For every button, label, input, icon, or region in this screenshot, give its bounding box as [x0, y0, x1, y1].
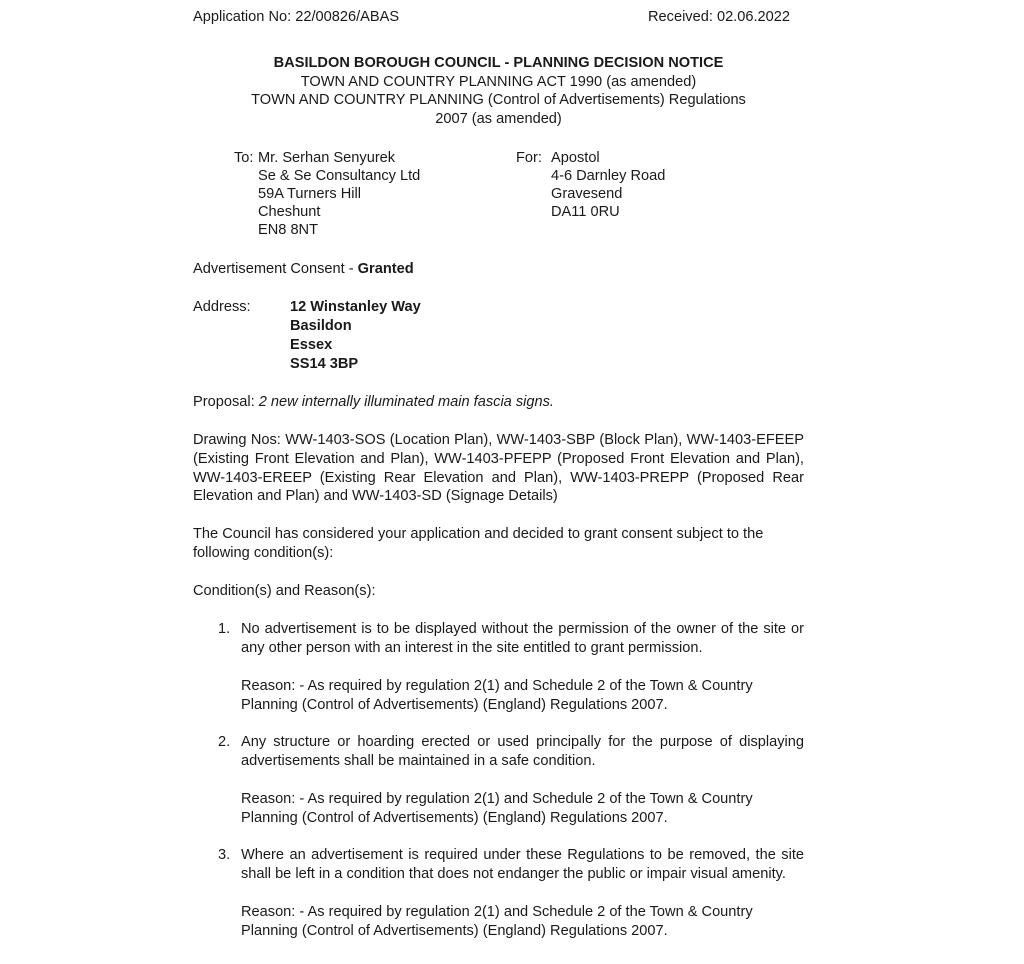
- consent-line: Advertisement Consent - Granted: [193, 260, 804, 279]
- client-block: For: Apostol 4-6 Darnley Road Gravesend …: [516, 149, 665, 239]
- address-blocks: To: Mr. Serhan Senyurek Se & Se Consulta…: [193, 149, 804, 239]
- regulations-title: TOWN AND COUNTRY PLANNING (Control of Ad…: [193, 91, 804, 110]
- condition-text: Any structure or hoarding erected or use…: [241, 733, 804, 771]
- condition-reason: Reason: - As required by regulation 2(1)…: [241, 677, 804, 715]
- drawing-numbers: Drawing Nos: WW-1403-SOS (Location Plan)…: [193, 431, 804, 506]
- site-town: Basildon: [290, 317, 421, 336]
- consent-type: Advertisement Consent -: [193, 261, 358, 277]
- received-date: Received: 02.06.2022: [648, 8, 790, 28]
- condition-body: Any structure or hoarding erected or use…: [241, 733, 804, 828]
- client-label: For:: [516, 149, 551, 239]
- site-county: Essex: [290, 336, 421, 355]
- condition-text: No advertisement is to be displayed with…: [241, 620, 804, 658]
- recipient-lines: Mr. Serhan Senyurek Se & Se Consultancy …: [258, 149, 420, 239]
- condition-body: Where an advertisement is required under…: [241, 846, 804, 941]
- client-name: Apostol: [551, 149, 665, 167]
- condition-body: No advertisement is to be displayed with…: [241, 620, 804, 715]
- consent-decision: Granted: [358, 261, 414, 277]
- condition-text: Where an advertisement is required under…: [241, 846, 804, 884]
- recipient-label: To:: [234, 149, 258, 239]
- proposal-text: 2 new internally illuminated main fascia…: [259, 394, 554, 410]
- application-number: Application No: 22/00826/ABAS: [193, 8, 399, 28]
- site-address: Address: 12 Winstanley Way Basildon Esse…: [193, 298, 804, 374]
- condition-item: 2. Any structure or hoarding erected or …: [218, 733, 804, 828]
- condition-item: 3. Where an advertisement is required un…: [218, 846, 804, 941]
- conditions-heading: Condition(s) and Reason(s):: [193, 582, 804, 601]
- site-address-lines: 12 Winstanley Way Basildon Essex SS14 3B…: [290, 298, 421, 374]
- recipient-street: 59A Turners Hill: [258, 185, 420, 203]
- recipient-postcode: EN8 8NT: [258, 221, 420, 239]
- site-postcode: SS14 3BP: [290, 355, 421, 374]
- condition-number: 3.: [218, 846, 241, 941]
- site-address-label: Address:: [193, 298, 290, 374]
- act-title: TOWN AND COUNTRY PLANNING ACT 1990 (as a…: [193, 73, 804, 92]
- regulations-title-continued: 2007 (as amended): [193, 110, 804, 129]
- recipient-name: Mr. Serhan Senyurek: [258, 149, 420, 167]
- title-block: BASILDON BOROUGH COUNCIL - PLANNING DECI…: [193, 54, 804, 128]
- client-town: Gravesend: [551, 185, 665, 203]
- decision-notice-page: Application No: 22/00826/ABAS Received: …: [193, 8, 804, 959]
- proposal: Proposal: 2 new internally illuminated m…: [193, 393, 804, 412]
- condition-reason: Reason: - As required by regulation 2(1)…: [241, 903, 804, 941]
- condition-number: 1.: [218, 620, 241, 715]
- site-street: 12 Winstanley Way: [290, 298, 421, 317]
- client-postcode: DA11 0RU: [551, 203, 665, 221]
- recipient-company: Se & Se Consultancy Ltd: [258, 167, 420, 185]
- client-street: 4-6 Darnley Road: [551, 167, 665, 185]
- council-statement: The Council has considered your applicat…: [193, 525, 804, 563]
- conditions-list: 1. No advertisement is to be displayed w…: [193, 620, 804, 941]
- condition-number: 2.: [218, 733, 241, 828]
- recipient-town: Cheshunt: [258, 203, 420, 221]
- condition-reason: Reason: - As required by regulation 2(1)…: [241, 790, 804, 828]
- client-lines: Apostol 4-6 Darnley Road Gravesend DA11 …: [551, 149, 665, 239]
- condition-item: 1. No advertisement is to be displayed w…: [218, 620, 804, 715]
- proposal-label: Proposal:: [193, 394, 259, 410]
- notice-title: BASILDON BOROUGH COUNCIL - PLANNING DECI…: [193, 54, 804, 73]
- recipient-block: To: Mr. Serhan Senyurek Se & Se Consulta…: [234, 149, 516, 239]
- header-row: Application No: 22/00826/ABAS Received: …: [193, 8, 804, 28]
